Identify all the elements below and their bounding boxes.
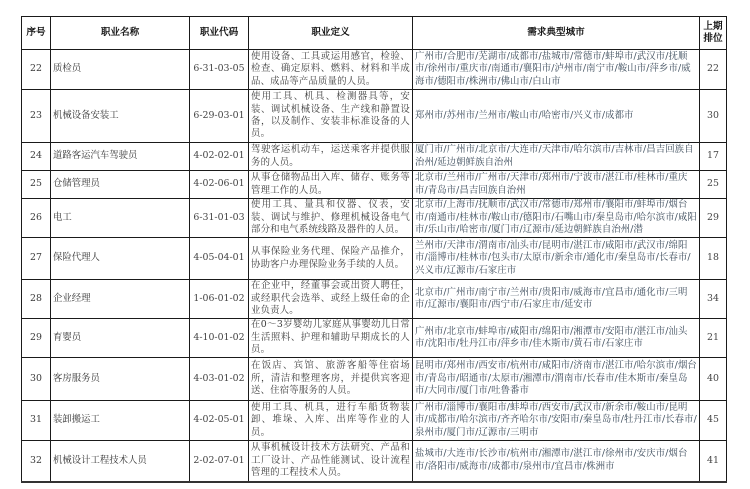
- occupation-code: 2-02-07-01: [190, 441, 249, 482]
- occupation-name: 机械设备安装工: [51, 90, 190, 143]
- row-index: 25: [22, 171, 51, 199]
- table-row: 29 育婴员 4-10-01-02 在0～3岁婴幼儿家庭从事婴幼儿日常生活照料、…: [22, 319, 727, 358]
- table-row: 23 机械设备安装工 6-29-03-01 使用工具、机具、检测器具等，安装、调…: [22, 90, 727, 143]
- demand-cities: 广州市/合肥市/芜湖市/成都市/盐城市/常德市/蚌埠市/武汉市/抚顺市/徐州市/…: [413, 50, 700, 90]
- table-row: 32 机械设计工程技术人员 2-02-07-01 从事机械设计技术方法研究、产品…: [22, 441, 727, 482]
- previous-rank: 17: [700, 143, 727, 171]
- table-row: 31 装卸搬运工 4-02-05-01 使用工具、机具，进行车船货物装卸、堆垛、…: [22, 401, 727, 441]
- occupation-name: 装卸搬运工: [51, 401, 190, 441]
- demand-cities: 北京市/广州市/南宁市/兰州市/贵阳市/威海市/宜昌市/通化市/三明市/辽源市/…: [413, 280, 700, 319]
- occupation-definition: 从事机械设计技术方法研究、产品和工厂设计、产品性能测试、设计流程管理的工程技术人…: [249, 441, 413, 482]
- previous-rank: 45: [700, 401, 727, 441]
- occupation-code: 4-02-02-01: [190, 143, 249, 171]
- occupation-name: 企业经理: [51, 280, 190, 319]
- previous-rank: 30: [700, 90, 727, 143]
- header-prev-rank: 上期排位: [700, 17, 727, 50]
- table-header-row: 序号 职业名称 职业代码 职业定义 需求典型城市 上期排位: [22, 17, 727, 50]
- header-definition: 职业定义: [249, 17, 413, 50]
- occupation-code: 1-06-01-02: [190, 280, 249, 319]
- header-prev-rank-line1: 上期: [703, 21, 722, 32]
- occupation-code: 4-02-06-01: [190, 171, 249, 199]
- occupation-demand-table: 序号 职业名称 职业代码 职业定义 需求典型城市 上期排位 22 质检员 6-3…: [21, 16, 727, 483]
- demand-cities: 广州市/淄博市/襄阳市/蚌埠市/西安市/武汉市/新余市/鞍山市/昆明市/成都市/…: [413, 401, 700, 441]
- row-index: 24: [22, 143, 51, 171]
- occupation-definition: 使用工具、机具、检测器具等，安装、调试机械设备、生产线和静置设备，以及制作、安装…: [249, 90, 413, 143]
- previous-rank: 21: [700, 319, 727, 358]
- row-index: 23: [22, 90, 51, 143]
- demand-cities: 广州市/北京市/蚌埠市/咸阳市/绵阳市/湘潭市/安阳市/湛江市/汕头市/沈阳市/…: [413, 319, 700, 358]
- occupation-definition: 在企业中，经董事会或出资人聘任，或经职代会选举、或经上级任命的企业负责人。: [249, 280, 413, 319]
- occupation-definition: 在饭店、宾馆、旅游客船等住宿场所，清洁和整理客房，并提供宾客迎送、住宿等服务的人…: [249, 358, 413, 401]
- table-row: 30 客房服务员 4-03-01-02 在饭店、宾馆、旅游客船等住宿场所，清洁和…: [22, 358, 727, 401]
- row-index: 22: [22, 50, 51, 90]
- previous-rank: 22: [700, 50, 727, 90]
- previous-rank: 18: [700, 238, 727, 280]
- occupation-name: 质检员: [51, 50, 190, 90]
- occupation-definition: 在0～3岁婴幼儿家庭从事婴幼儿日常生活照料、护理和辅助早期成长的人员。: [249, 319, 413, 358]
- occupation-code: 6-29-03-01: [190, 90, 249, 143]
- previous-rank: 40: [700, 358, 727, 401]
- occupation-name: 保险代理人: [51, 238, 190, 280]
- occupation-code: 4-10-01-02: [190, 319, 249, 358]
- previous-rank: 29: [700, 199, 727, 238]
- row-index: 31: [22, 401, 51, 441]
- occupation-name: 客房服务员: [51, 358, 190, 401]
- header-index: 序号: [22, 17, 51, 50]
- row-index: 30: [22, 358, 51, 401]
- header-cities: 需求典型城市: [413, 17, 700, 50]
- occupation-name: 道路客运汽车驾驶员: [51, 143, 190, 171]
- occupation-code: 6-31-01-03: [190, 199, 249, 238]
- occupation-name: 仓储管理员: [51, 171, 190, 199]
- occupation-definition: 使用工具、量具和仪器、仪表，安装、调试与维护、修理机械设备电气部分和电气系统线路…: [249, 199, 413, 238]
- row-index: 28: [22, 280, 51, 319]
- row-index: 32: [22, 441, 51, 482]
- occupation-definition: 驾驶客运机动车，运送乘客并提供服务的人员。: [249, 143, 413, 171]
- previous-rank: 25: [700, 171, 727, 199]
- occupation-code: 6-31-03-05: [190, 50, 249, 90]
- table-row: 24 道路客运汽车驾驶员 4-02-02-01 驾驶客运机动车，运送乘客并提供服…: [22, 143, 727, 171]
- demand-cities: 昆明市/郑州市/西安市/杭州市/咸阳市/济南市/湛江市/哈尔滨市/烟台市/青岛市…: [413, 358, 700, 401]
- row-index: 27: [22, 238, 51, 280]
- occupation-name: 育婴员: [51, 319, 190, 358]
- previous-rank: 34: [700, 280, 727, 319]
- demand-cities: 北京市/上海市/抚顺市/武汉市/常德市/郑州市/襄阳市/蚌埠市/烟台市/南通市/…: [413, 199, 700, 238]
- previous-rank: 41: [700, 441, 727, 482]
- occupation-name: 机械设计工程技术人员: [51, 441, 190, 482]
- occupation-definition: 从事保险业务代理、保险产品推介，协助客户办理保险业务手续的人员。: [249, 238, 413, 280]
- header-prev-rank-line2: 排位: [703, 33, 722, 44]
- occupation-name: 电工: [51, 199, 190, 238]
- demand-cities: 盐城市/大连市/长沙市/杭州市/湘潭市/湛江市/徐州市/安庆市/烟台市/洛阳市/…: [413, 441, 700, 482]
- occupation-definition: 使用设备、工具或运用感官，检验、检查、确定原料、燃料、材料和半成品、成品等产品质…: [249, 50, 413, 90]
- table-row: 22 质检员 6-31-03-05 使用设备、工具或运用感官，检验、检查、确定原…: [22, 50, 727, 90]
- header-name: 职业名称: [51, 17, 190, 50]
- row-index: 26: [22, 199, 51, 238]
- table-row: 27 保险代理人 4-05-04-01 从事保险业务代理、保险产品推介，协助客户…: [22, 238, 727, 280]
- occupation-code: 4-05-04-01: [190, 238, 249, 280]
- table-row: 28 企业经理 1-06-01-02 在企业中，经董事会或出资人聘任，或经职代会…: [22, 280, 727, 319]
- occupation-definition: 使用工具、机具，进行车船货物装卸、堆垛、入库、出库等作业的人员。: [249, 401, 413, 441]
- table-row: 25 仓储管理员 4-02-06-01 从事仓储物品出入库、储存、账务等管理工作…: [22, 171, 727, 199]
- demand-cities: 北京市/兰州市/广州市/天津市/郑州市/宁波市/湛江市/桂林市/重庆市/青岛市/…: [413, 171, 700, 199]
- row-index: 29: [22, 319, 51, 358]
- occupation-code: 4-03-01-02: [190, 358, 249, 401]
- demand-cities: 厦门市/广州市/北京市/大连市/天津市/哈尔滨市/吉林市/昌吉回族自治州/延边朝…: [413, 143, 700, 171]
- occupation-code: 4-02-05-01: [190, 401, 249, 441]
- table-row: 26 电工 6-31-01-03 使用工具、量具和仪器、仪表，安装、调试与维护、…: [22, 199, 727, 238]
- demand-cities: 郑州市/苏州市/兰州市/鞍山市/哈密市/兴义市/成都市: [413, 90, 700, 143]
- demand-cities: 兰州市/天津市/渭南市/汕头市/昆明市/湛江市/咸阳市/武汉市/绵阳市/淄博市/…: [413, 238, 700, 280]
- header-code: 职业代码: [190, 17, 249, 50]
- occupation-definition: 从事仓储物品出入库、储存、账务等管理工作的人员。: [249, 171, 413, 199]
